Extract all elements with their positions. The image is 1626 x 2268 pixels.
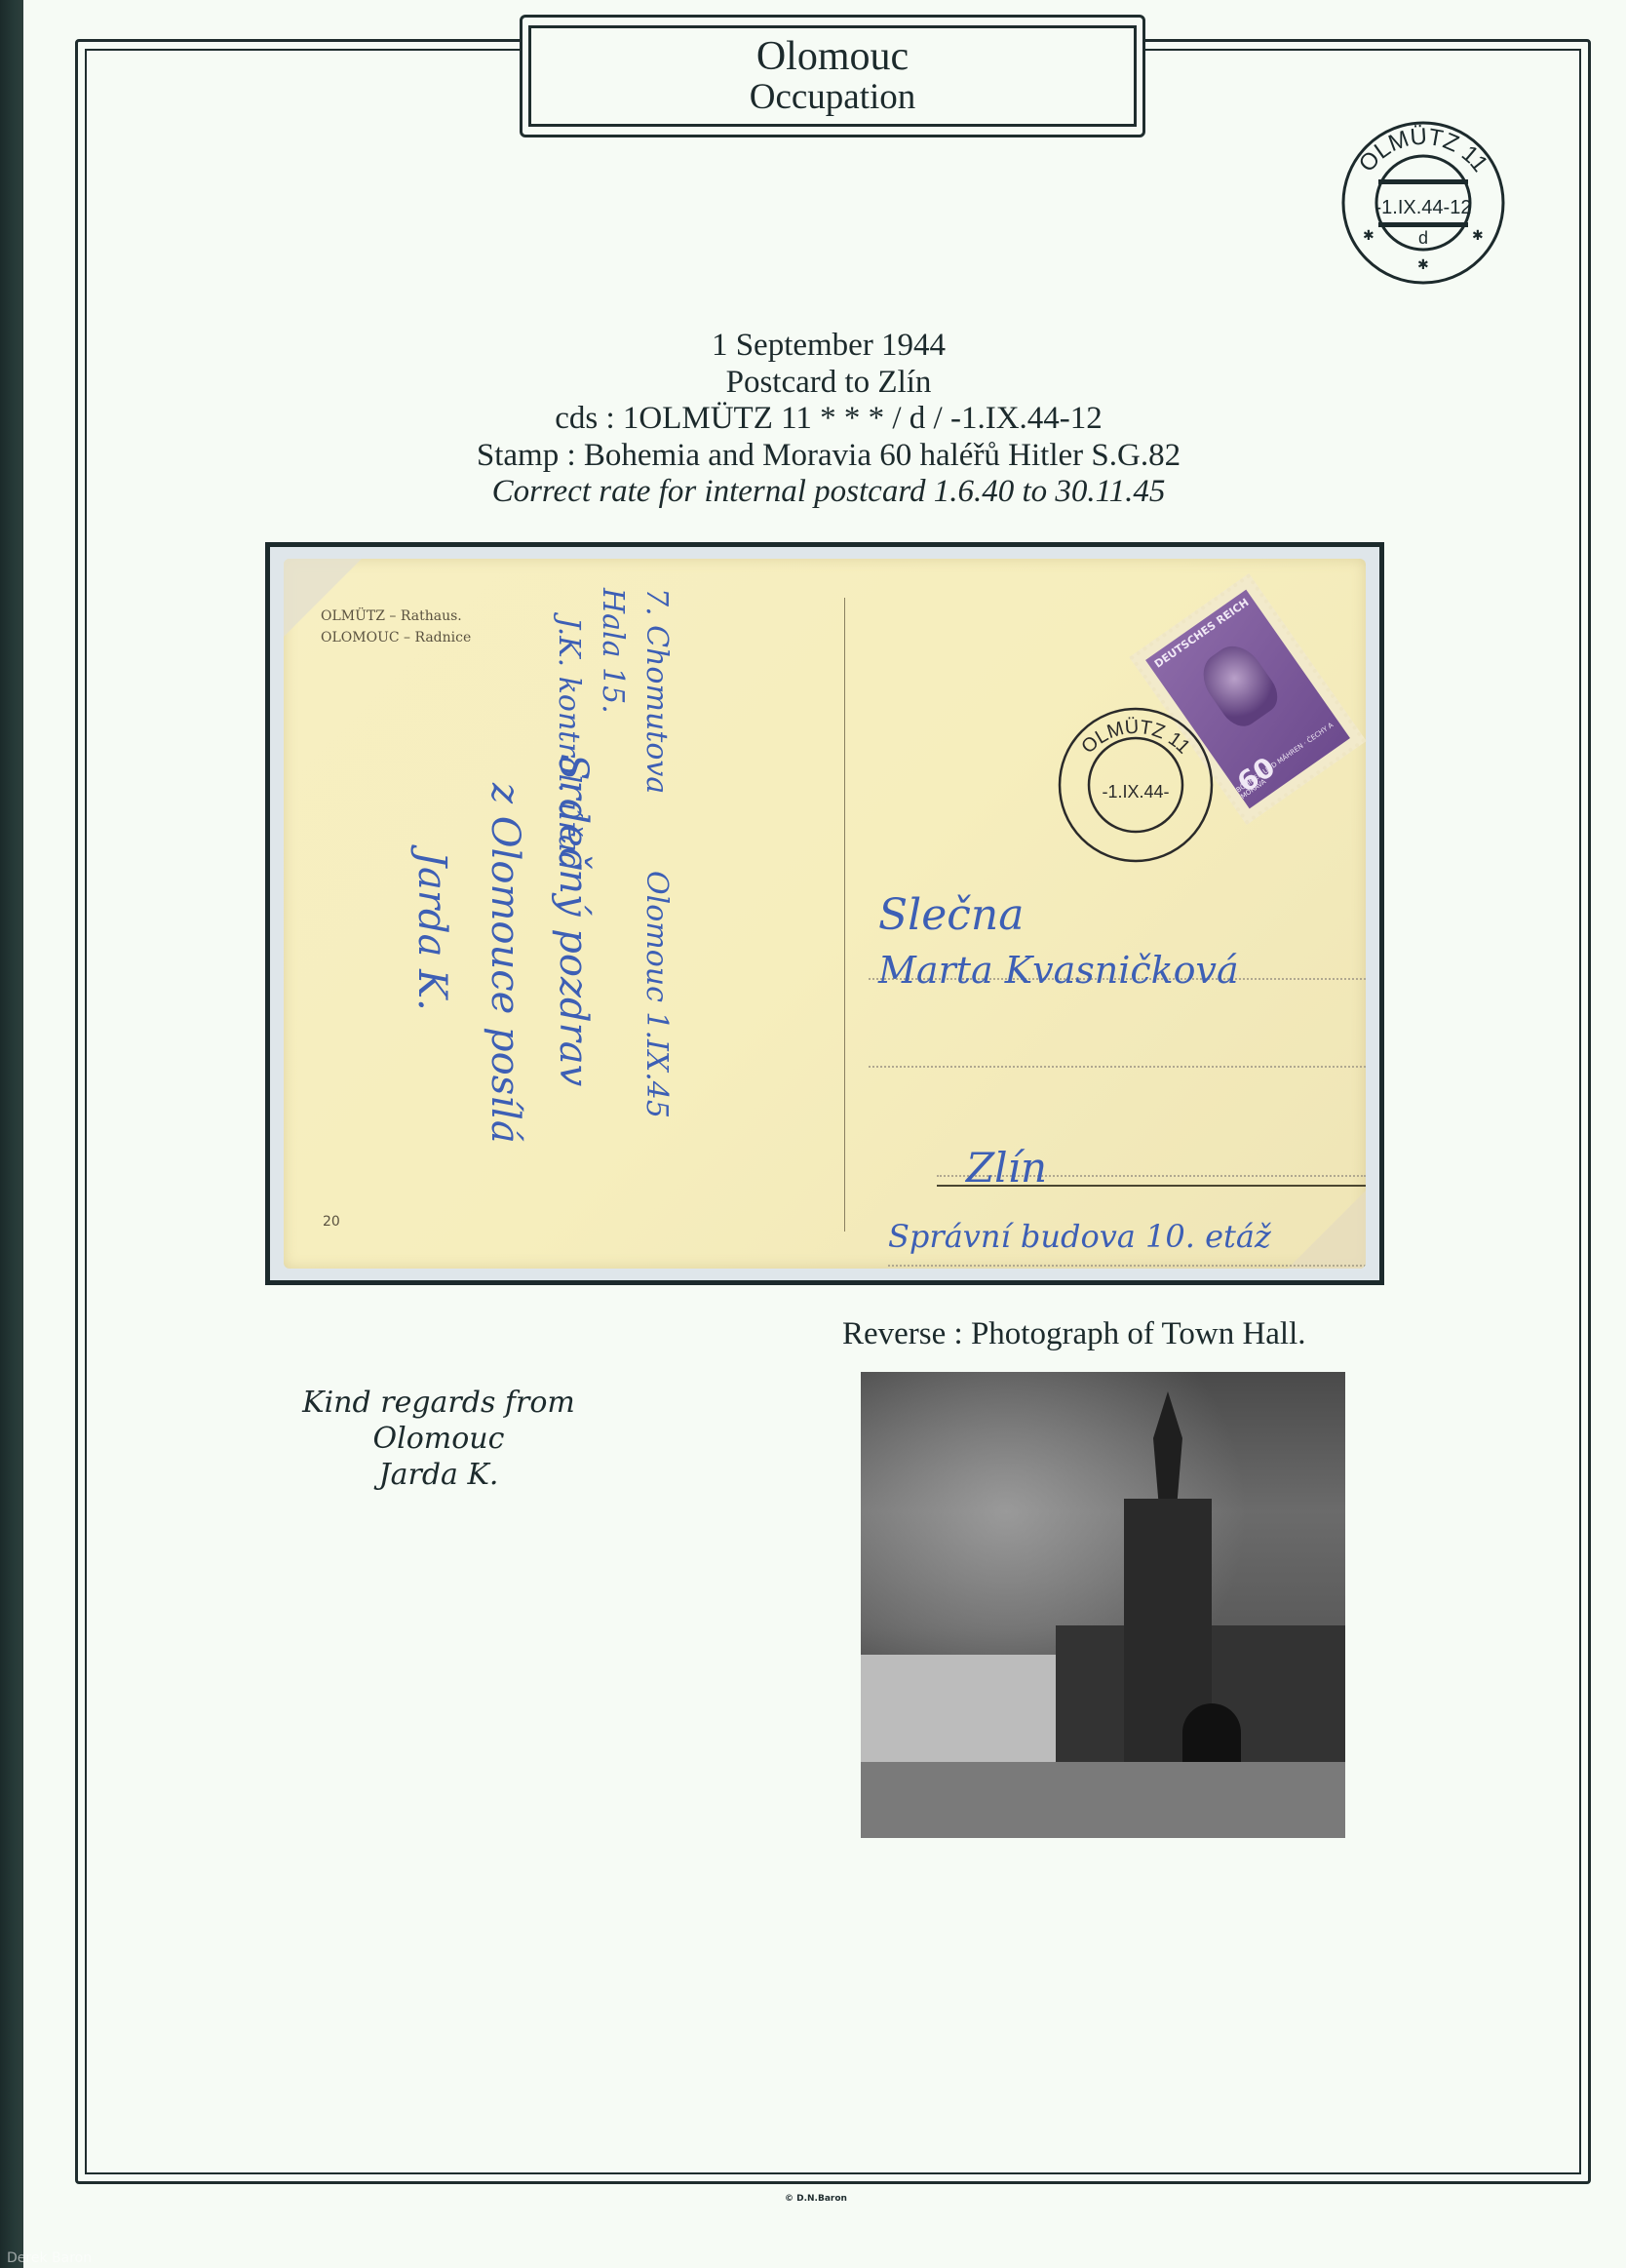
- address-salutation: Slečna: [878, 890, 1024, 940]
- message-dateline: Olomouc 1.IX.45: [639, 871, 674, 1118]
- svg-text:OLMÜTZ 11: OLMÜTZ 11: [1354, 124, 1493, 177]
- caption-cds: cds : 1OLMÜTZ 11 * * * / d / -1.IX.44-12: [292, 401, 1365, 438]
- svg-text:d: d: [1418, 228, 1428, 248]
- caption-item: Postcard to Zlín: [292, 365, 1365, 402]
- photo-corner-bottom-right: [1288, 1191, 1366, 1269]
- caption-rate-note: Correct rate for internal postcard 1.6.4…: [292, 474, 1365, 511]
- address-street: Správní budova 10. etáž: [888, 1218, 1271, 1255]
- page-title: Olomouc: [756, 35, 909, 78]
- postcard-number: 20: [323, 1214, 340, 1230]
- cancellation-icon: OLMÜTZ 11 -1.IX.44-: [1053, 702, 1219, 868]
- message-line: Srdečný pozdrav: [551, 754, 596, 1086]
- postmark-icon: OLMÜTZ 11 -1.IX.44-12 d ✱ ✱ ✱: [1336, 115, 1511, 291]
- translation: Kind regards from Olomouc Jarda K.: [292, 1385, 585, 1493]
- title-box: Olomouc Occupation: [520, 15, 1145, 137]
- svg-text:OLMÜTZ 11: OLMÜTZ 11: [1077, 717, 1194, 759]
- address-line: [888, 1265, 1366, 1267]
- svg-text:-1.IX.44-: -1.IX.44-: [1102, 782, 1169, 802]
- caption-date: 1 September 1944: [292, 328, 1365, 365]
- sender-line: Hala 15.: [596, 588, 630, 714]
- address-line: [869, 1066, 1366, 1068]
- town-hall-photo: [861, 1372, 1345, 1838]
- sender-line: 7. Chomutova: [639, 588, 674, 794]
- address-city: Zlín: [966, 1144, 1047, 1192]
- message-line: z Olomouce posílá: [483, 783, 527, 1144]
- svg-text:✱: ✱: [1472, 229, 1484, 244]
- scan-edge-strip: [0, 0, 23, 2268]
- postcard-divider: [844, 598, 845, 1232]
- caption-stamp: Stamp : Bohemia and Moravia 60 haléřů Hi…: [292, 438, 1365, 475]
- svg-text:✱: ✱: [1363, 229, 1374, 244]
- svg-text:-1.IX.44-12: -1.IX.44-12: [1375, 197, 1472, 218]
- address-name: Marta Kvasničková: [878, 949, 1239, 992]
- message-signature: Jarda K.: [409, 851, 454, 1011]
- postcard-printed-caption: OLMÜTZ – Rathaus. OLOMOUC – Radnice: [321, 606, 471, 648]
- svg-text:✱: ✱: [1417, 258, 1429, 273]
- item-description: 1 September 1944 Postcard to Zlín cds : …: [292, 328, 1365, 511]
- copyright: © D.N.Baron: [785, 2194, 847, 2204]
- watermark: Derek Baron: [7, 2250, 92, 2266]
- reverse-label: Reverse : Photograph of Town Hall.: [842, 1316, 1306, 1352]
- page-subtitle: Occupation: [750, 78, 916, 117]
